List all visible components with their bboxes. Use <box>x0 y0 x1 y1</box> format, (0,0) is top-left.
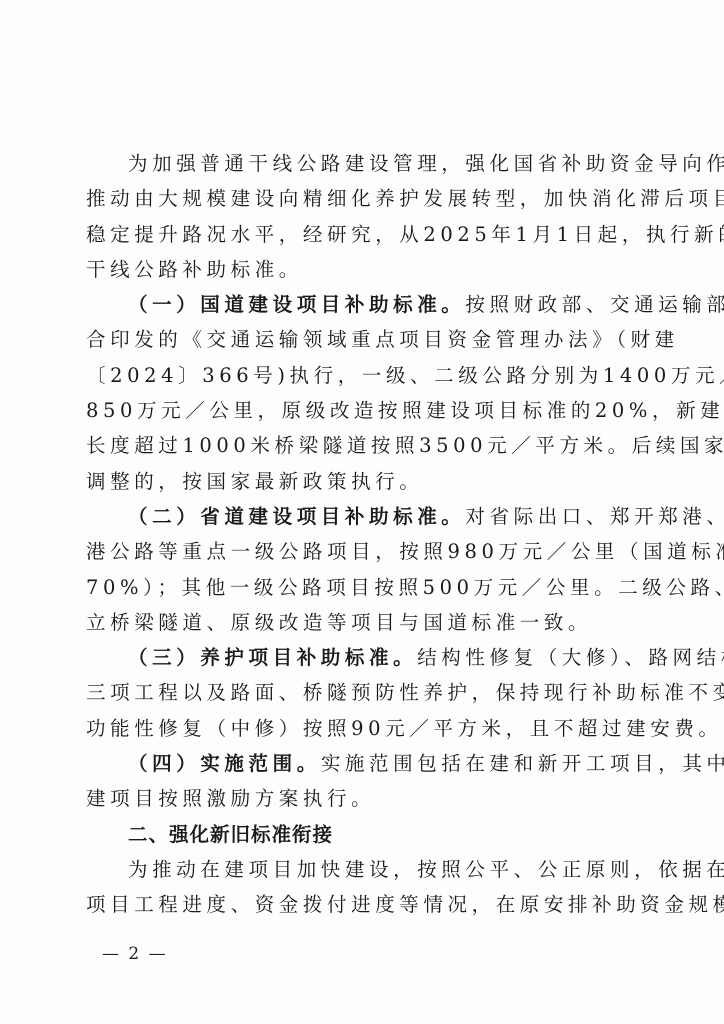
paragraph-section-2: （二）省道建设项目补助标准。对省际出口、郑开郑港、疏 港公路等重点一级公路项目，… <box>86 499 626 640</box>
paragraph-section-3: （三）养护项目补助标准。结构性修复（大修）、路网结构 三项工程以及路面、桥隧预防… <box>86 640 626 746</box>
text-line: 三项工程以及路面、桥隧预防性养护，保持现行补助标准不变， <box>86 675 626 710</box>
text-line: 为推动在建项目加快建设，按照公平、公正原则，依据在建 <box>86 852 626 887</box>
text-span: 结构性修复（大修）、路网结构 <box>417 646 724 669</box>
text-line: 长度超过1000米桥梁隧道按照3500元／平方米。后续国家政策有 <box>86 428 626 463</box>
document-body: 为加强普通干线公路建设管理，强化国省补助资金导向作用， 推动由大规模建设向精细化… <box>86 146 626 923</box>
text-line: 为加强普通干线公路建设管理，强化国省补助资金导向作用， <box>86 146 626 181</box>
text-line: 港公路等重点一级公路项目，按照980万元／公里（国道标准的 <box>86 534 626 569</box>
text-line: 建项目按照激励方案执行。 <box>86 781 626 816</box>
section-label: （四）实施范围。 <box>128 752 321 775</box>
text-line: 70%）；其他一级公路项目按照500万元／公里。二级公路、独 <box>86 570 626 605</box>
text-line: 稳定提升路况水平，经研究，从2025年1月1日起，执行新的国省 <box>86 217 626 252</box>
section-label: （三）养护项目补助标准。 <box>128 646 417 669</box>
text-line: 项目工程进度、资金拨付进度等情况，在原安排补助资金规模的 <box>86 887 626 922</box>
text-span: 对省际出口、郑开郑港、疏 <box>465 505 724 528</box>
text-span: 实施范围包括在建和新开工项目，其中在 <box>321 752 724 775</box>
text-line: 合印发的《交通运输领域重点项目资金管理办法》（财建 <box>86 322 626 357</box>
text-line: 调整的，按国家最新政策执行。 <box>86 464 626 499</box>
paragraph-transition: 为推动在建项目加快建设，按照公平、公正原则，依据在建 项目工程进度、资金拨付进度… <box>86 852 626 923</box>
text-line: 功能性修复（中修）按照90元／平方米，且不超过建安费。 <box>86 711 626 746</box>
text-line: 850万元／公里，原级改造按照建设项目标准的20%，新建单体 <box>86 393 626 428</box>
section-label: （一）国道建设项目补助标准。 <box>128 293 465 316</box>
text-line: 立桥梁隧道、原级改造等项目与国道标准一致。 <box>86 605 626 640</box>
paragraph-intro: 为加强普通干线公路建设管理，强化国省补助资金导向作用， 推动由大规模建设向精细化… <box>86 146 626 287</box>
section-heading: 二、强化新旧标准衔接 <box>86 817 626 852</box>
text-line: 干线公路补助标准。 <box>86 252 626 287</box>
paragraph-section-4: （四）实施范围。实施范围包括在建和新开工项目，其中在 建项目按照激励方案执行。 <box>86 746 626 817</box>
paragraph-section-1: （一）国道建设项目补助标准。按照财政部、交通运输部联 合印发的《交通运输领域重点… <box>86 287 626 499</box>
text-span: 按照财政部、交通运输部联 <box>465 293 724 316</box>
document-page: 为加强普通干线公路建设管理，强化国省补助资金导向作用， 推动由大规模建设向精细化… <box>0 0 724 1024</box>
text-line: （三）养护项目补助标准。结构性修复（大修）、路网结构 <box>86 640 626 675</box>
text-line: （一）国道建设项目补助标准。按照财政部、交通运输部联 <box>86 287 626 322</box>
text-line: 推动由大规模建设向精细化养护发展转型，加快消化滞后项目， <box>86 181 626 216</box>
section-label: （二）省道建设项目补助标准。 <box>128 505 465 528</box>
text-line: （四）实施范围。实施范围包括在建和新开工项目，其中在 <box>86 746 626 781</box>
page-number: — 2 — <box>102 944 168 964</box>
text-line: 〔2024〕366号)执行，一级、二级公路分别为1400万元／公里、 <box>86 358 626 393</box>
text-line: （二）省道建设项目补助标准。对省际出口、郑开郑港、疏 <box>86 499 626 534</box>
